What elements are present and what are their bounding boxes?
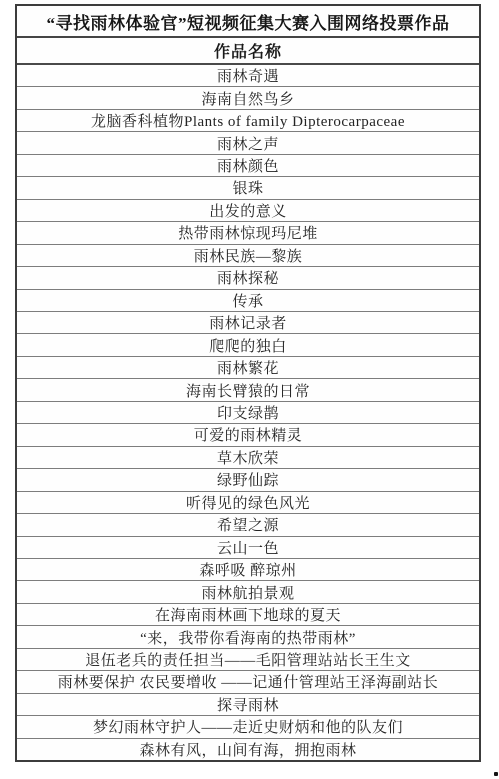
table-row: 龙脑香科植物Plants of family Dipterocarpaceae bbox=[17, 110, 479, 132]
table-row: 绿野仙踪 bbox=[17, 469, 479, 491]
table-row: 森呼吸 醉琼州 bbox=[17, 559, 479, 581]
table-row: 雨林繁花 bbox=[17, 357, 479, 379]
table-row: 在海南雨林画下地球的夏天 bbox=[17, 604, 479, 626]
table-row: 热带雨林惊现玛尼堆 bbox=[17, 222, 479, 244]
table-row: 听得见的绿色风光 bbox=[17, 492, 479, 514]
voting-works-table: “寻找雨林体验官”短视频征集大赛入围网络投票作品 作品名称 雨林奇遇海南自然鸟乡… bbox=[15, 4, 481, 762]
stray-dot-artifact bbox=[494, 772, 498, 776]
table-row: 梦幻雨林守护人——走近史财炳和他的队友们 bbox=[17, 716, 479, 738]
table-row: 雨林之声 bbox=[17, 132, 479, 154]
table-row: 雨林颜色 bbox=[17, 155, 479, 177]
table-row: 出发的意义 bbox=[17, 200, 479, 222]
table-row: 雨林航拍景观 bbox=[17, 581, 479, 603]
table-row: 印支绿鹊 bbox=[17, 402, 479, 424]
table-row: 雨林奇遇 bbox=[17, 65, 479, 87]
table-title: “寻找雨林体验官”短视频征集大赛入围网络投票作品 bbox=[17, 6, 479, 38]
table-row: 草木欣荣 bbox=[17, 447, 479, 469]
table-row: 雨林要保护 农民要增收 ——记通什管理站王泽海副站长 bbox=[17, 671, 479, 693]
table-row: 银珠 bbox=[17, 177, 479, 199]
table-row: 雨林记录者 bbox=[17, 312, 479, 334]
table-row: “来，我带你看海南的热带雨林” bbox=[17, 626, 479, 648]
table-row: 雨林民族—黎族 bbox=[17, 245, 479, 267]
table-row: 海南自然鸟乡 bbox=[17, 87, 479, 109]
table-row: 退伍老兵的责任担当——毛阳管理站站长王生文 bbox=[17, 649, 479, 671]
table-row: 探寻雨林 bbox=[17, 694, 479, 716]
table-row: 云山一色 bbox=[17, 537, 479, 559]
table-row: 爬爬的独白 bbox=[17, 334, 479, 356]
table-row: 传承 bbox=[17, 290, 479, 312]
table-row: 海南长臂猿的日常 bbox=[17, 379, 479, 401]
works-table-body: 雨林奇遇海南自然鸟乡龙脑香科植物Plants of family Diptero… bbox=[17, 65, 479, 760]
page: “寻找雨林体验官”短视频征集大赛入围网络投票作品 作品名称 雨林奇遇海南自然鸟乡… bbox=[0, 0, 499, 779]
table-row: 可爱的雨林精灵 bbox=[17, 424, 479, 446]
column-header-work-name: 作品名称 bbox=[17, 38, 479, 65]
table-row: 雨林探秘 bbox=[17, 267, 479, 289]
table-row: 希望之源 bbox=[17, 514, 479, 536]
table-row: 森林有风，山间有海，拥抱雨林 bbox=[17, 739, 479, 760]
